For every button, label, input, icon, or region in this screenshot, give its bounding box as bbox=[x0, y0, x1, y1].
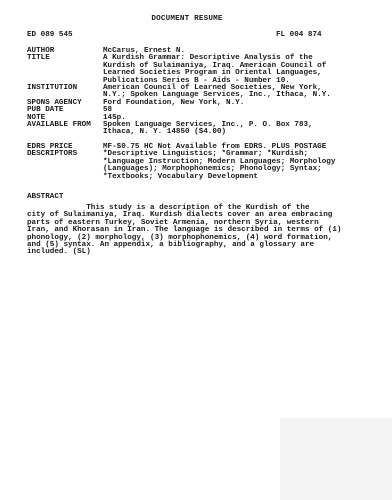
field-title: TITLE A Kurdish Grammar: Descriptive Ana… bbox=[27, 55, 367, 85]
field-label: AVAILABLE FROM bbox=[27, 122, 103, 137]
field-label: INSTITUTION bbox=[27, 85, 103, 100]
field-descriptors: DESCRIPTORS *Descriptive Linguistics; *G… bbox=[27, 151, 367, 181]
field-value: Spoken Language Services, Inc., P. O. Bo… bbox=[103, 122, 367, 137]
field-value: A Kurdish Grammar: Descriptive Analysis … bbox=[103, 55, 367, 85]
abstract-label: ABSTRACT bbox=[27, 194, 63, 201]
fl-number: FL 004 874 bbox=[276, 32, 322, 39]
field-label: TITLE bbox=[27, 55, 103, 85]
field-available-from: AVAILABLE FROM Spoken Language Services,… bbox=[27, 122, 367, 137]
document-page: DOCUMENT RESUME ED 089 545 FL 004 874 AU… bbox=[0, 0, 392, 500]
field-value: American Council of Learned Societies, N… bbox=[103, 85, 367, 100]
abstract-text: This study is a description of the Kurdi… bbox=[27, 205, 362, 257]
ed-number: ED 089 545 bbox=[27, 32, 73, 39]
scan-shading bbox=[280, 418, 392, 500]
field-label: DESCRIPTORS bbox=[27, 151, 103, 181]
field-institution: INSTITUTION American Council of Learned … bbox=[27, 85, 367, 100]
field-pub-date: PUB DATE 58 bbox=[27, 107, 367, 114]
field-value: 58 bbox=[103, 107, 367, 114]
field-value: *Descriptive Linguistics; *Grammar; *Kur… bbox=[103, 151, 367, 181]
field-spons-agency: SPONS AGENCY Ford Foundation, New York, … bbox=[27, 100, 367, 107]
field-value: Ford Foundation, New York, N.Y. bbox=[103, 100, 367, 107]
metadata-fields: AUTHOR McCarus, Ernest N. TITLE A Kurdis… bbox=[27, 48, 367, 181]
document-title: DOCUMENT RESUME bbox=[0, 16, 374, 23]
